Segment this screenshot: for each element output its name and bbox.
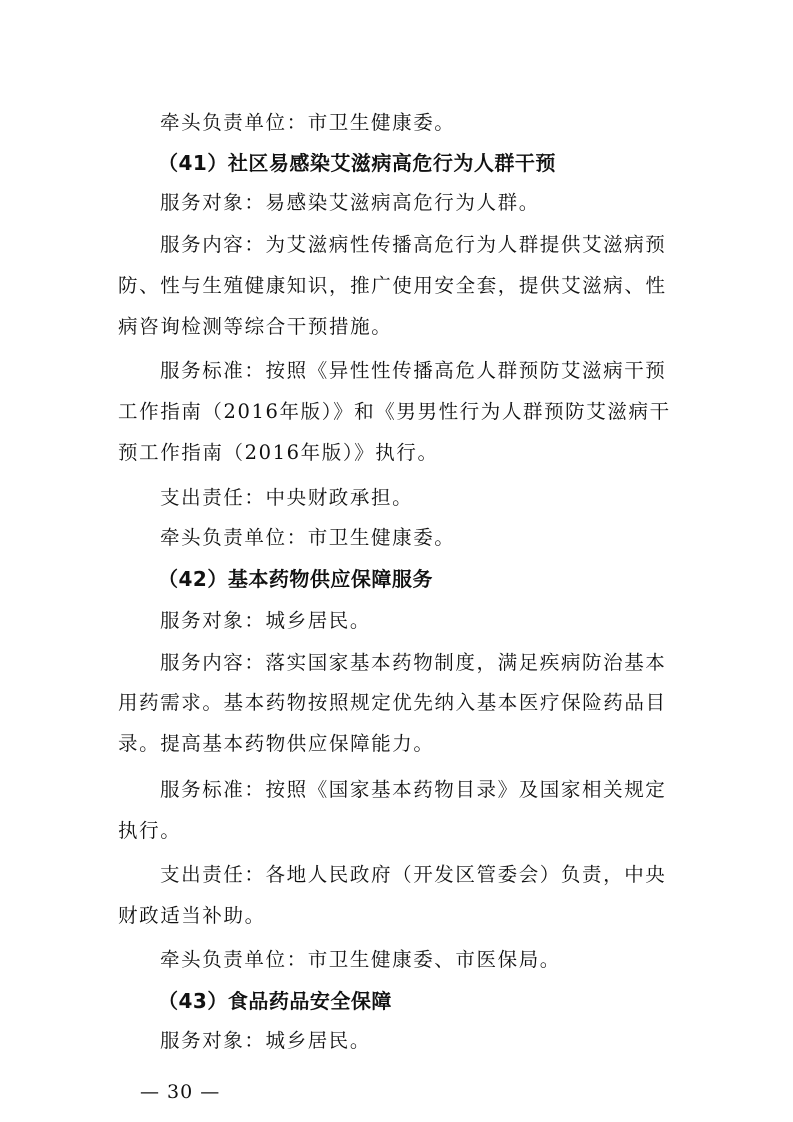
- service-standard-cont: 预工作指南（2016年版）》执行。: [118, 440, 678, 466]
- service-standard-line: 服务标准：按照《异性性传播高危人群预防艾滋病干预: [160, 358, 720, 384]
- service-standard-line: 服务标准：按照《国家基本药物目录》及国家相关规定: [160, 777, 720, 803]
- service-target-line: 服务对象：城乡居民。: [160, 608, 720, 634]
- service-content-line: 服务内容：为艾滋病性传播高危行为人群提供艾滋病预: [160, 232, 720, 258]
- section-heading-41: （41）社区易感染艾滋病高危行为人群干预: [158, 150, 718, 176]
- service-content-cont: 录。提高基本药物供应保障能力。: [118, 731, 678, 757]
- service-content-line: 服务内容：落实国家基本药物制度，满足疾病防治基本: [160, 650, 720, 676]
- service-content-cont: 用药需求。基本药物按照规定优先纳入基本医疗保险药品目: [118, 690, 678, 716]
- service-content-cont: 防、性与生殖健康知识，推广使用安全套，提供艾滋病、性: [118, 273, 678, 299]
- lead-unit-line: 牵头负责单位：市卫生健康委、市医保局。: [160, 947, 720, 973]
- service-standard-cont: 执行。: [118, 818, 678, 844]
- expenditure-line: 支出责任：各地人民政府（开发区管委会）负责，中央: [160, 862, 720, 888]
- service-content-cont: 病咨询检测等综合干预措施。: [118, 314, 678, 340]
- lead-unit-line: 牵头负责单位：市卫生健康委。: [160, 110, 720, 136]
- section-heading-43: （43）食品药品安全保障: [158, 988, 718, 1014]
- service-target-line: 服务对象：易感染艾滋病高危行为人群。: [160, 190, 720, 216]
- lead-unit-line: 牵头负责单位：市卫生健康委。: [160, 525, 720, 551]
- service-standard-cont: 工作指南（2016年版）》和《男男性行为人群预防艾滋病干: [118, 399, 678, 425]
- document-page: 牵头负责单位：市卫生健康委。 （41）社区易感染艾滋病高危行为人群干预 服务对象…: [0, 0, 793, 1122]
- expenditure-line: 支出责任：中央财政承担。: [160, 485, 720, 511]
- expenditure-cont: 财政适当补助。: [118, 903, 678, 929]
- section-heading-42: （42）基本药物供应保障服务: [158, 566, 718, 592]
- page-number: — 30 —: [140, 1080, 220, 1104]
- service-target-line: 服务对象：城乡居民。: [160, 1028, 720, 1054]
